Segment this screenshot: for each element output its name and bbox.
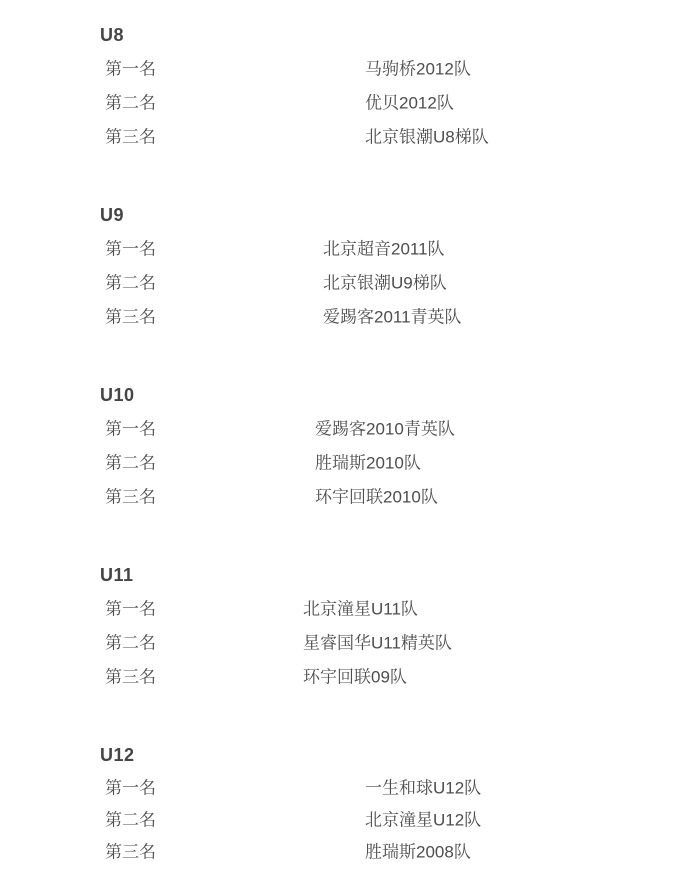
result-row: 第三名 环宇回联09队 — [100, 658, 692, 692]
rank-label: 第三名 — [105, 483, 156, 508]
rank-label: 第一名 — [105, 774, 156, 799]
rank-label: 第一名 — [105, 595, 156, 620]
result-row: 第三名 爱踢客2011青英队 — [100, 298, 692, 332]
rank-label: 第一名 — [105, 55, 156, 80]
result-row: 第二名 星睿国华U11精英队 — [100, 624, 692, 658]
rank-label: 第一名 — [105, 235, 156, 260]
result-row: 第一名 北京潼星U11队 — [100, 590, 692, 624]
rank-label: 第二名 — [105, 806, 156, 831]
section-title: U8 — [100, 22, 692, 48]
team-name: 北京潼星U11队 — [303, 595, 418, 620]
rank-label: 第二名 — [105, 89, 156, 114]
team-name: 北京超音2011队 — [323, 235, 445, 260]
rank-label: 第一名 — [105, 415, 156, 440]
team-name: 北京潼星U12队 — [365, 806, 481, 831]
section-title: U9 — [100, 202, 692, 228]
team-name: 优贝2012队 — [365, 89, 454, 114]
result-row: 第二名 胜瑞斯2010队 — [100, 444, 692, 478]
section-u8: U8 第一名 马驹桥2012队 第二名 优贝2012队 第三名 北京银潮U8梯队 — [100, 22, 692, 152]
team-name: 爱踢客2011青英队 — [323, 303, 462, 328]
section-title: U12 — [100, 742, 692, 768]
result-row: 第二名 优贝2012队 — [100, 84, 692, 118]
result-row: 第一名 爱踢客2010青英队 — [100, 410, 692, 444]
team-name: 北京银潮U8梯队 — [365, 123, 489, 148]
result-row: 第三名 胜瑞斯2008队 — [100, 834, 692, 866]
rank-label: 第三名 — [105, 663, 156, 688]
result-row: 第二名 北京潼星U12队 — [100, 802, 692, 834]
result-row: 第二名 北京银潮U9梯队 — [100, 264, 692, 298]
team-name: 星睿国华U11精英队 — [303, 629, 452, 654]
rank-label: 第二名 — [105, 449, 156, 474]
team-name: 爱踢客2010青英队 — [315, 415, 455, 440]
section-u9: U9 第一名 北京超音2011队 第二名 北京银潮U9梯队 第三名 爱踢客201… — [100, 202, 692, 332]
section-title: U10 — [100, 382, 692, 408]
results-page: U8 第一名 马驹桥2012队 第二名 优贝2012队 第三名 北京银潮U8梯队… — [0, 0, 692, 890]
rank-label: 第三名 — [105, 303, 156, 328]
rank-label: 第二名 — [105, 629, 156, 654]
result-row: 第一名 马驹桥2012队 — [100, 50, 692, 84]
rank-label: 第三名 — [105, 838, 156, 863]
result-row: 第三名 北京银潮U8梯队 — [100, 118, 692, 152]
rank-label: 第三名 — [105, 123, 156, 148]
rank-label: 第二名 — [105, 269, 156, 294]
team-name: 北京银潮U9梯队 — [323, 269, 447, 294]
section-u10: U10 第一名 爱踢客2010青英队 第二名 胜瑞斯2010队 第三名 环宇回联… — [100, 382, 692, 512]
result-row: 第一名 北京超音2011队 — [100, 230, 692, 264]
result-row: 第一名 一生和球U12队 — [100, 770, 692, 802]
team-name: 环宇回联09队 — [303, 663, 407, 688]
team-name: 胜瑞斯2008队 — [365, 838, 471, 863]
team-name: 马驹桥2012队 — [365, 55, 471, 80]
section-u12: U12 第一名 一生和球U12队 第二名 北京潼星U12队 第三名 胜瑞斯200… — [100, 742, 692, 866]
team-name: 一生和球U12队 — [365, 774, 481, 799]
team-name: 环宇回联2010队 — [315, 483, 438, 508]
section-u11: U11 第一名 北京潼星U11队 第二名 星睿国华U11精英队 第三名 环宇回联… — [100, 562, 692, 692]
section-title: U11 — [100, 562, 692, 588]
team-name: 胜瑞斯2010队 — [315, 449, 421, 474]
result-row: 第三名 环宇回联2010队 — [100, 478, 692, 512]
